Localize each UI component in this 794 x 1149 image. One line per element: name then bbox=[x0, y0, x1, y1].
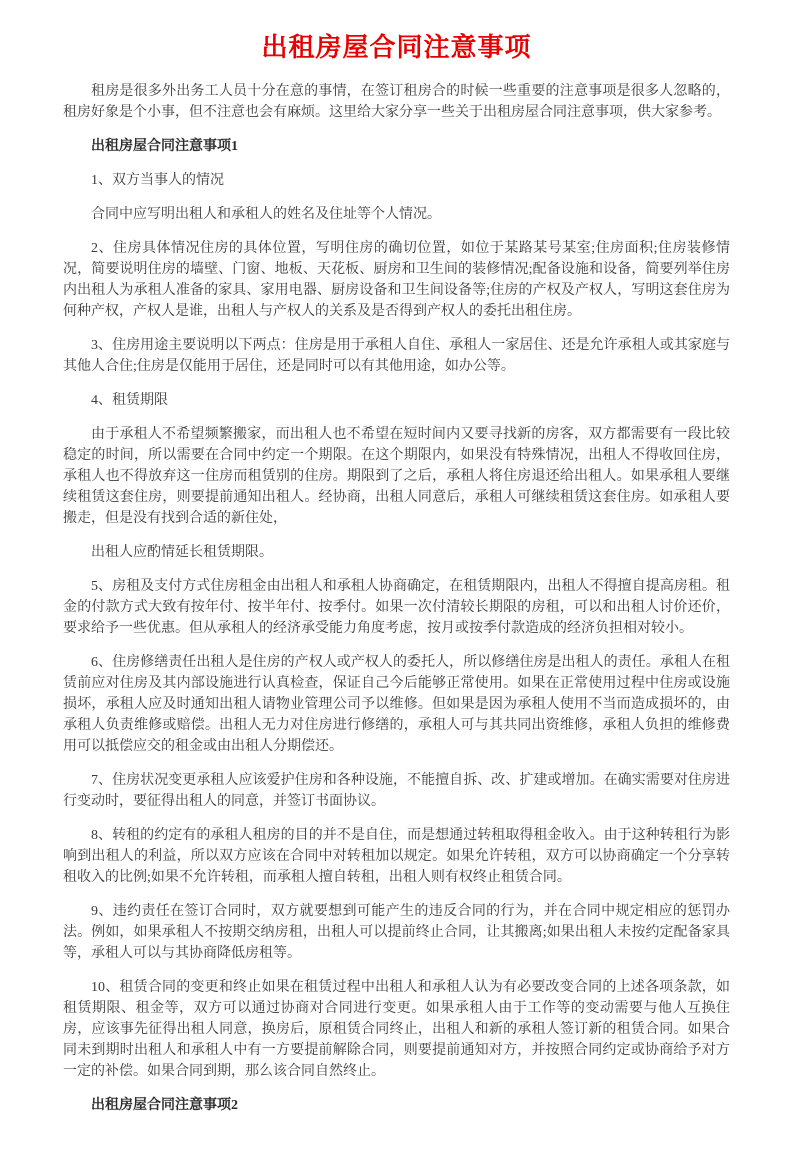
paragraph-item-1-detail: 合同中应写明出租人和承租人的姓名及住址等个人情况。 bbox=[63, 204, 730, 225]
paragraph-item-4-detail-2: 出租人应酌情延长租赁期限。 bbox=[63, 542, 730, 563]
document-title: 出租房屋合同注意事项 bbox=[63, 30, 730, 64]
paragraph-item-2: 2、住房具体情况住房的具体位置，写明住房的确切位置，如位于某路某号某室;住房面积… bbox=[63, 238, 730, 322]
paragraph-item-6: 6、住房修缮责任出租人是住房的产权人或产权人的委托人，所以修缮住房是出租人的责任… bbox=[63, 652, 730, 757]
document-page: 出租房屋合同注意事项 租房是很多外出务工人员十分在意的事情，在签订租房合的时候一… bbox=[0, 0, 794, 1149]
paragraph-item-10: 10、租赁合同的变更和终止如果在租赁过程中出租人和承租人认为有必要改变合同的上述… bbox=[63, 977, 730, 1082]
paragraph-intro: 租房是很多外出务工人员十分在意的事情，在签订租房合的时候一些重要的注意事项是很多… bbox=[63, 81, 730, 123]
section-heading-2: 出租房屋合同注意事项2 bbox=[63, 1095, 730, 1116]
paragraph-item-3: 3、住房用途主要说明以下两点：住房是用于承租人自住、承租人一家居住、还是允许承租… bbox=[63, 335, 730, 377]
paragraph-item-9: 9、违约责任在签订合同时，双方就要想到可能产生的违反合同的行为，并在合同中规定相… bbox=[63, 901, 730, 964]
paragraph-item-4-detail: 由于承租人不希望频繁搬家，而出租人也不希望在短时间内又要寻找新的房客，双方都需要… bbox=[63, 424, 730, 529]
section-heading-1: 出租房屋合同注意事项1 bbox=[63, 136, 730, 157]
paragraph-item-1: 1、双方当事人的情况 bbox=[63, 170, 730, 191]
paragraph-item-7: 7、住房状况变更承租人应该爱护住房和各种设施，不能擅自拆、改、扩建或增加。在确实… bbox=[63, 770, 730, 812]
paragraph-item-5: 5、房租及支付方式住房租金由出租人和承租人协商确定，在租赁期限内，出租人不得擅自… bbox=[63, 576, 730, 639]
paragraph-item-8: 8、转租的约定有的承租人租房的目的并不是自住，而是想通过转租取得租金收入。由于这… bbox=[63, 825, 730, 888]
paragraph-item-4: 4、租赁期限 bbox=[63, 390, 730, 411]
